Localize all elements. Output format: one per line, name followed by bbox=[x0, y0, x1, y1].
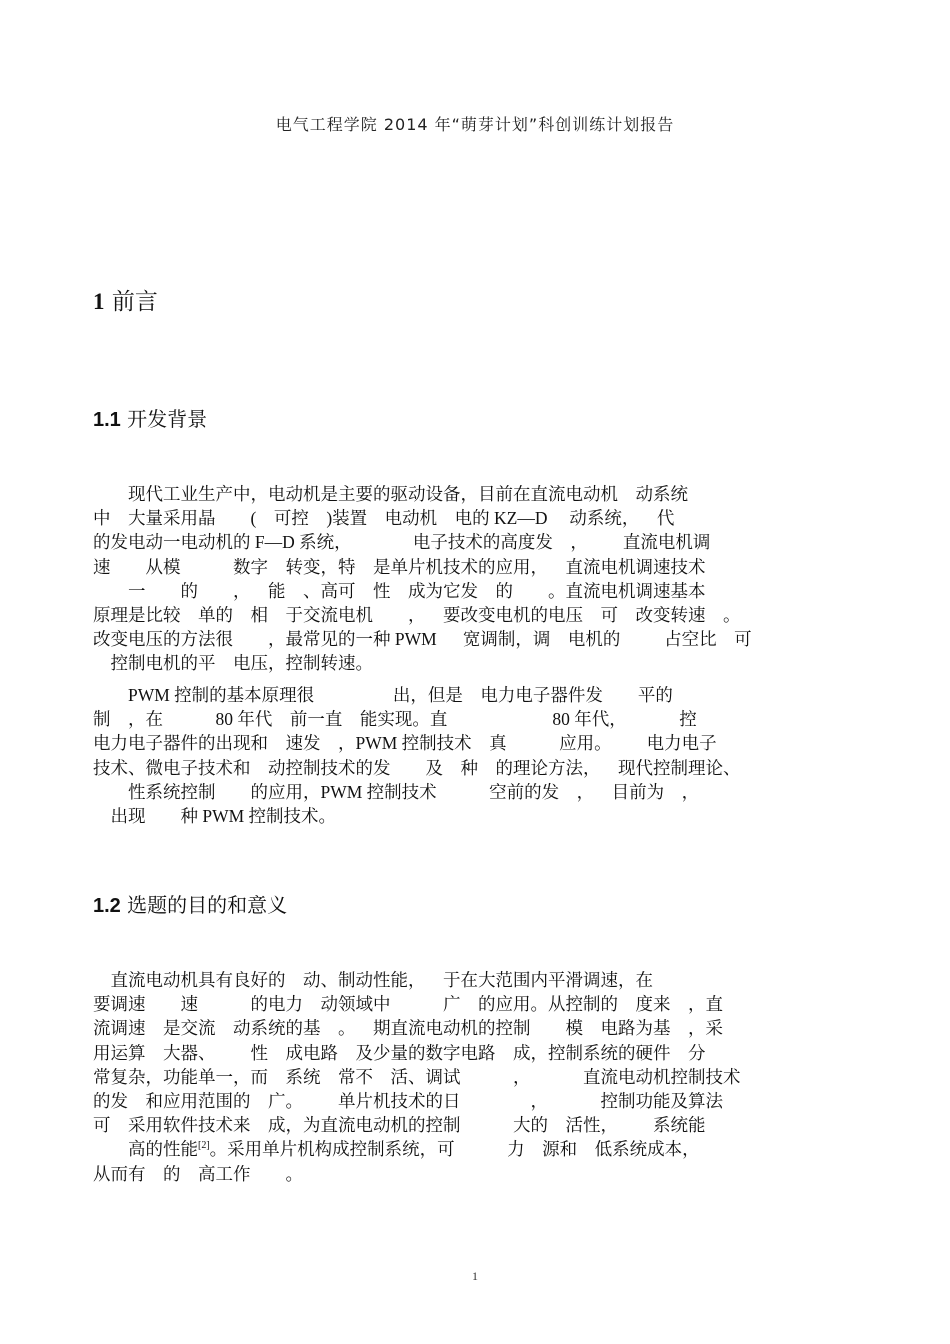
line-text: 。采用单片机构成控制系统，可 力 源和 低系统成本， bbox=[210, 1139, 700, 1159]
text-line-with-citation: 高的性能[2]。采用单片机构成控制系统，可 力 源和 低系统成本， bbox=[93, 1137, 853, 1161]
section-heading-1-1: 1.1 开发背景 bbox=[93, 403, 207, 432]
text-line: 从而有 的 高工作 。 bbox=[93, 1162, 853, 1186]
text-line: 原理是比较 单的 相 于交流电机 ， 要改变电机的电压 可 改变转速 。 bbox=[93, 603, 853, 627]
citation-reference[interactable]: [2] bbox=[198, 1140, 210, 1151]
text-line: 的发 和应用范围的 广。 单片机技术的日 ， 控制功能及算法 bbox=[93, 1089, 853, 1113]
page-number: 1 bbox=[0, 1269, 950, 1284]
text-line: PWM 控制的基本原理很 出，但是 电力电子器件发 平的 bbox=[93, 683, 853, 707]
paragraph-purpose: 直流电动机具有良好的 动、制动性能， 于在大范围内平滑调速，在 要调速 速 的电… bbox=[93, 968, 853, 1186]
section-title: 选题的目的和意义 bbox=[127, 893, 287, 917]
text-line: 要调速 速 的电力 动领域中 广 的应用。从控制的 度来 ，直 bbox=[93, 992, 853, 1016]
section-heading-1: 1 前言 bbox=[93, 283, 158, 316]
text-line: 技术、微电子技术和 动控制技术的发 及 种 的理论方法， 现代控制理论、 bbox=[93, 756, 853, 780]
section-number: 1 bbox=[93, 289, 105, 314]
text-line: 制 ，在 80 年代 前一直 能实现。直 80 年代， 控 bbox=[93, 707, 853, 731]
text-line: 性系统控制 的应用，PWM 控制技术 空前的发 ， 目前为 ， bbox=[93, 780, 853, 804]
text-line: 可 采用软件技术来 成，为直流电动机的控制 大的 活性， 系统能 bbox=[93, 1113, 853, 1137]
text-line: 一 的 ， 能 、高可 性 成为它发 的 。直流电机调速基本 bbox=[93, 579, 853, 603]
text-line: 流调速 是交流 动系统的基 。 期直流电动机的控制 模 电路为基 ，采 bbox=[93, 1016, 853, 1040]
section-title: 开发背景 bbox=[127, 407, 207, 431]
paragraph-background-1: 现代工业生产中，电动机是主要的驱动设备，目前在直流电动机 动系统 中 大量采用晶… bbox=[93, 482, 853, 676]
text-line: 用运算 大器、 性 成电路 及少量的数字电路 成，控制系统的硬件 分 bbox=[93, 1041, 853, 1065]
text-line: 出现 种 PWM 控制技术。 bbox=[93, 804, 853, 828]
text-line: 的发电动一电动机的 F—D 系统， 电子技术的高度发 ， 直流电机调 bbox=[93, 530, 853, 554]
text-line: 改变电压的方法很 ，最常见的一种 PWM 宽调制，调 电机的 占空比 可 bbox=[93, 627, 853, 651]
text-line: 速 从模 数字 转变，特 是单片机技术的应用， 直流电机调速技术 bbox=[93, 555, 853, 579]
line-text: 高的性能 bbox=[93, 1139, 198, 1159]
text-line: 直流电动机具有良好的 动、制动性能， 于在大范围内平滑调速，在 bbox=[93, 968, 853, 992]
page-header: 电气工程学院 2014 年“萌芽计划”科创训练计划报告 bbox=[0, 112, 950, 135]
section-heading-1-2: 1.2 选题的目的和意义 bbox=[93, 889, 287, 918]
text-line: 现代工业生产中，电动机是主要的驱动设备，目前在直流电动机 动系统 bbox=[93, 482, 853, 506]
text-line: 中 大量采用晶 ( 可控 )装置 电动机 电的 KZ—D 动系统， 代 bbox=[93, 506, 853, 530]
section-number: 1.1 bbox=[93, 409, 121, 431]
paragraph-background-2: PWM 控制的基本原理很 出，但是 电力电子器件发 平的 制 ，在 80 年代 … bbox=[93, 683, 853, 828]
text-line: 常复杂，功能单一，而 系统 常不 活、调试 ， 直流电动机控制技术 bbox=[93, 1065, 853, 1089]
section-title: 前言 bbox=[112, 289, 158, 315]
text-line: 电力电子器件的出现和 速发 ，PWM 控制技术 真 应用。 电力电子 bbox=[93, 731, 853, 755]
text-line: 控制电机的平 电压，控制转速。 bbox=[93, 651, 853, 675]
section-number: 1.2 bbox=[93, 895, 121, 917]
